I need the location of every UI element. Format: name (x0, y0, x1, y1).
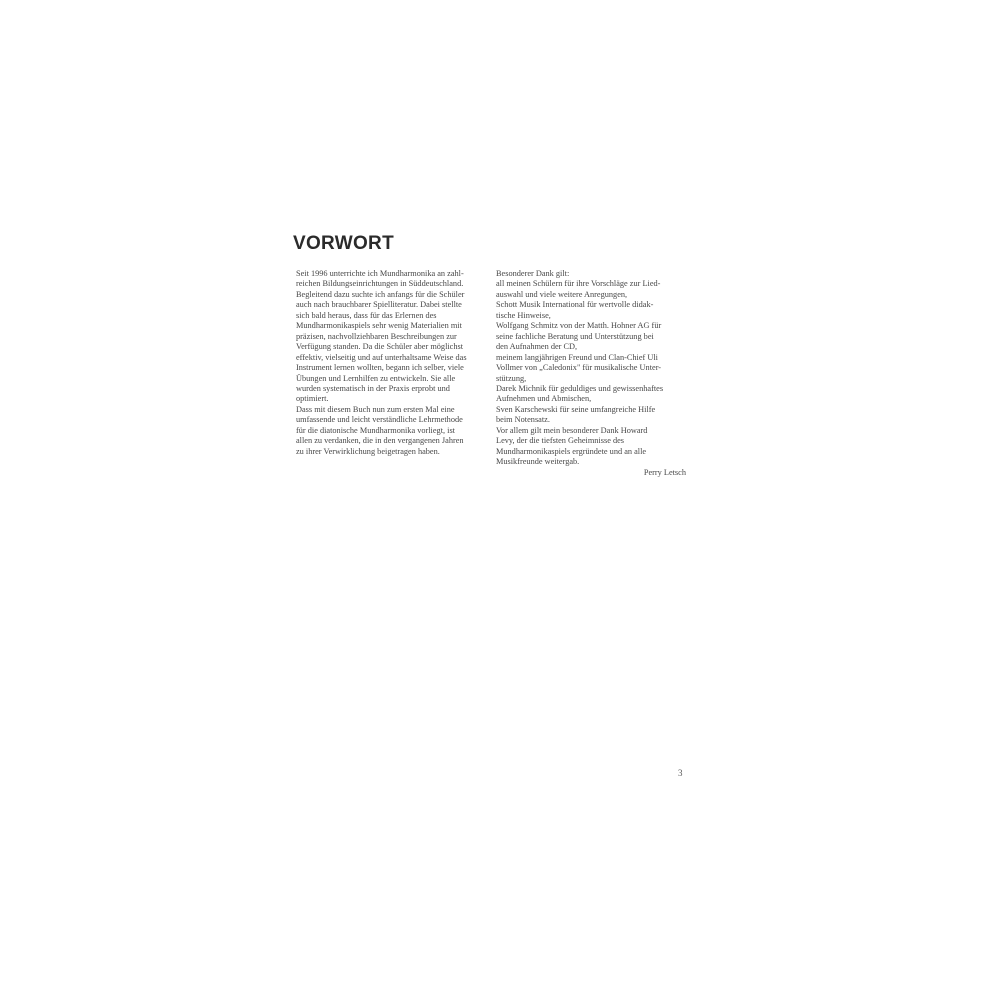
text-line: Levy, der die tiefsten Geheimnisse des (496, 436, 686, 446)
page-number: 3 (678, 769, 683, 778)
text-line: tische Hinweise, (496, 311, 686, 321)
text-line: auswahl und viele weitere Anregungen, (496, 290, 686, 300)
text-line: Aufnehmen und Abmischen, (496, 394, 686, 404)
text-line: optimiert. (296, 394, 486, 404)
text-line: präzisen, nachvollziehbaren Beschreibung… (296, 332, 486, 342)
text-line: auch nach brauchbarer Spielliteratur. Da… (296, 300, 486, 310)
text-line: Mundharmonikaspiels sehr wenig Materiali… (296, 321, 486, 331)
author-signature: Perry Letsch (496, 468, 686, 478)
text-line: Sven Karschewski für seine umfangreiche … (496, 405, 686, 415)
text-line: all meinen Schülern für ihre Vorschläge … (496, 279, 686, 289)
acknowledgements-right-column: Besonderer Dank gilt: all meinen Schüler… (496, 269, 686, 478)
text-line: Darek Michnik für geduldiges und gewisse… (496, 384, 686, 394)
text-line: Mundharmonikaspiels ergründete und an al… (496, 447, 686, 457)
text-line: Seit 1996 unterrichte ich Mundharmonika … (296, 269, 486, 279)
text-line: allen zu verdanken, die in den vergangen… (296, 436, 486, 446)
text-line: Übungen und Lernhilfen zu entwickeln. Si… (296, 374, 486, 384)
text-line: Vollmer von „Caledonix" für musikalische… (496, 363, 686, 373)
foreword-left-column: Seit 1996 unterrichte ich Mundharmonika … (296, 269, 486, 457)
text-line: den Aufnahmen der CD, (496, 342, 686, 352)
page-title: VORWORT (293, 234, 394, 253)
text-line: effektiv, vielseitig und auf unterhaltsa… (296, 353, 486, 363)
text-line: stützung, (496, 374, 686, 384)
text-line: sich bald heraus, dass für das Erlernen … (296, 311, 486, 321)
text-line: zu ihrer Verwirklichung beigetragen habe… (296, 447, 486, 457)
text-line: Instrument lernen wollten, begann ich se… (296, 363, 486, 373)
text-line: Wolfgang Schmitz von der Matth. Hohner A… (496, 321, 686, 331)
text-line: Verfügung standen. Da die Schüler aber m… (296, 342, 486, 352)
text-line: für die diatonische Mundharmonika vorlie… (296, 426, 486, 436)
text-line: Schott Musik International für wertvolle… (496, 300, 686, 310)
text-line: reichen Bildungseinrichtungen in Süddeut… (296, 279, 486, 289)
text-line: Begleitend dazu suchte ich anfangs für d… (296, 290, 486, 300)
text-line: Dass mit diesem Buch nun zum ersten Mal … (296, 405, 486, 415)
text-line: beim Notensatz. (496, 415, 686, 425)
text-line: Musikfreunde weitergab. (496, 457, 686, 467)
document-page: VORWORT Seit 1996 unterrichte ich Mundha… (0, 0, 1000, 1000)
text-line: meinem langjährigen Freund und Clan-Chie… (496, 353, 686, 363)
text-line: seine fachliche Beratung und Unterstützu… (496, 332, 686, 342)
text-line: Vor allem gilt mein besonderer Dank Howa… (496, 426, 686, 436)
text-line: Besonderer Dank gilt: (496, 269, 686, 279)
text-line: wurden systematisch in der Praxis erprob… (296, 384, 486, 394)
text-line: umfassende und leicht verständliche Lehr… (296, 415, 486, 425)
